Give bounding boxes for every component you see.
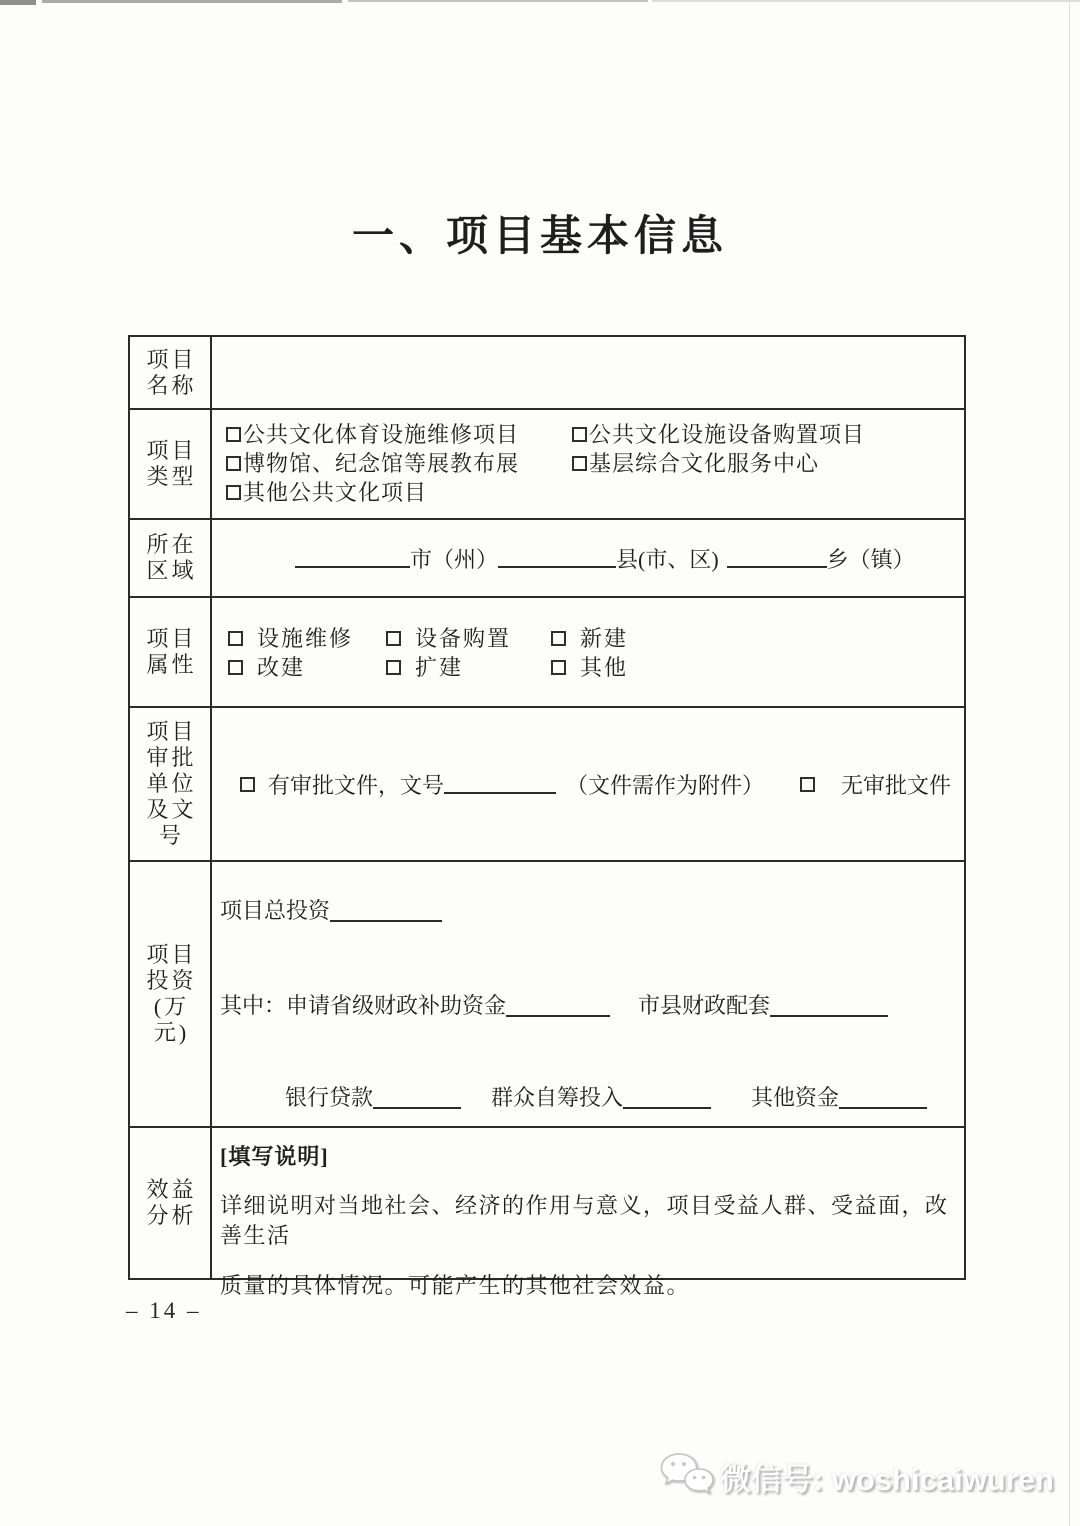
investment-total-line: 项目总投资 <box>220 896 964 926</box>
row-label-line: 项目 <box>143 626 196 652</box>
option-item: 新建 <box>551 624 628 653</box>
region-town-label: 乡（镇） <box>827 543 915 574</box>
blank-line <box>839 1089 927 1109</box>
approval-attachment-note: （文件需作为附件） <box>566 769 764 800</box>
option-item: 其他 <box>551 653 628 682</box>
investment-other-line: 银行贷款群众自筹投入其他资金 <box>220 1083 964 1113</box>
checkbox-icon <box>240 777 255 792</box>
row-label-benefit: 效益 分析 <box>130 1128 212 1278</box>
investment-total-label: 项目总投资 <box>220 898 330 923</box>
checkbox-icon <box>551 631 566 646</box>
blank-line <box>444 774 556 794</box>
investment-field: 项目总投资 其中：申请省级财政补助资金市县财政配套 银行贷款群众自筹投入其他资金 <box>212 862 964 1126</box>
option-label: 扩建 <box>415 653 463 682</box>
region-line: 市（州） 县(市、区) 乡（镇） <box>212 520 964 596</box>
option-item: 公共文化设施设备购置项目 <box>572 420 865 449</box>
blank-line <box>330 902 442 922</box>
row-label-line: 分析 <box>143 1203 196 1229</box>
option-label: 其他 <box>580 653 628 682</box>
row-label-line: 所在 <box>143 532 196 558</box>
region-field: 市（州） 县(市、区) 乡（镇） <box>212 520 964 596</box>
table-row-project-name: 项目 名称 <box>130 337 964 408</box>
investment-other-funds-label: 其他资金 <box>751 1085 839 1110</box>
table-row-investment: 项目 投资 (万 元) 项目总投资 其中：申请省级财政补助资金市县财政配套 银行… <box>130 860 964 1126</box>
option-item: 设施维修 <box>228 624 386 653</box>
option-item: 扩建 <box>386 653 551 682</box>
benefit-note-line: 质量的具体情况。可能产生的其他社会效益。 <box>220 1271 954 1301</box>
checkbox-icon <box>228 660 243 675</box>
approval-has-doc-label: 有审批文件，文号 <box>268 769 444 800</box>
row-label-line: 号 <box>156 823 184 849</box>
row-label-line: 项目 <box>143 719 196 745</box>
investment-detail-line: 其中：申请省级财政补助资金市县财政配套 <box>220 991 964 1021</box>
checkbox-icon <box>386 631 401 646</box>
blank-line <box>623 1089 711 1109</box>
approval-field: 有审批文件，文号 （文件需作为附件） 无审批文件 <box>212 708 964 860</box>
benefit-note-line: 详细说明对当地社会、经济的作用与意义，项目受益人群、受益面，改善生活 <box>220 1191 954 1251</box>
table-row-approval: 项目 审批 单位 及文 号 有审批文件，文号 （文件需作为附件） 无审批文件 <box>130 706 964 860</box>
option-label: 改建 <box>257 653 305 682</box>
checkbox-icon <box>386 660 401 675</box>
row-label-line: 项目 <box>143 347 196 373</box>
approval-line: 有审批文件，文号 （文件需作为附件） 无审批文件 <box>212 708 964 860</box>
row-label-line: 效益 <box>143 1177 196 1203</box>
page-number: – 14 – <box>126 1298 202 1324</box>
checkbox-icon <box>228 631 243 646</box>
option-item: 改建 <box>228 653 386 682</box>
attribute-options-grid: 设施维修 设备购置 新建 <box>212 598 964 682</box>
option-item: 设备购置 <box>386 624 551 653</box>
scan-artifact <box>348 0 648 2</box>
attribute-options: 设施维修 设备购置 新建 <box>212 598 964 706</box>
checkbox-icon <box>572 427 587 442</box>
checkbox-icon <box>572 456 587 471</box>
watermark-text: 微信号: woshicaiwuren <box>720 1454 1054 1499</box>
table-row-region: 所在 区域 市（州） 县(市、区) 乡（镇） <box>130 518 964 596</box>
investment-bank-loan-label: 银行贷款 <box>285 1085 373 1110</box>
scan-artifact <box>652 0 1080 2</box>
scan-artifact <box>0 0 36 5</box>
blank-line <box>770 997 888 1017</box>
option-label: 公共文化设施设备购置项目 <box>589 420 865 449</box>
project-info-table: 项目 名称 项目 类型 公共文化体育设施维修项目 博物馆、纪念馆等 <box>128 335 966 1280</box>
option-item: 其他公共文化项目 <box>226 478 964 507</box>
row-label-project-name: 项目 名称 <box>130 337 212 408</box>
row-label-investment: 项目 投资 (万 元) <box>130 862 212 1126</box>
project-type-options: 公共文化体育设施维修项目 博物馆、纪念馆等展教布展 其他公共文化项目 公共文化设… <box>212 410 964 518</box>
investment-lines: 项目总投资 其中：申请省级财政补助资金市县财政配套 银行贷款群众自筹投入其他资金 <box>212 862 964 1113</box>
row-label-approval: 项目 审批 单位 及文 号 <box>130 708 212 860</box>
table-row-benefit: 效益 分析 [填写说明] 详细说明对当地社会、经济的作用与意义，项目受益人群、受… <box>130 1126 964 1278</box>
row-label-line: 类型 <box>143 464 196 490</box>
option-label: 公共文化体育设施维修项目 <box>243 420 519 449</box>
row-label-line: 及文 <box>143 797 196 823</box>
type-options-right: 公共文化设施设备购置项目 基层综合文化服务中心 <box>572 420 865 478</box>
option-label: 新建 <box>580 624 628 653</box>
checkbox-icon <box>551 660 566 675</box>
option-label: 设施维修 <box>257 624 353 653</box>
row-label-line: 项目 <box>143 438 196 464</box>
row-label-line: 区域 <box>143 558 196 584</box>
blank-line <box>727 548 827 568</box>
project-name-field <box>212 337 964 408</box>
checkbox-icon <box>800 777 815 792</box>
region-city-label: 市（州） <box>410 543 498 574</box>
document-page: 一、项目基本信息 项目 名称 项目 类型 公共文化体育设施维修项目 <box>0 0 1080 1526</box>
blank-line <box>373 1089 461 1109</box>
blank-line <box>295 548 410 568</box>
checkbox-icon <box>226 427 241 442</box>
checkbox-icon <box>226 456 241 471</box>
row-label-line: 项目 <box>143 942 196 968</box>
benefit-note: [填写说明] 详细说明对当地社会、经济的作用与意义，项目受益人群、受益面，改善生… <box>212 1128 964 1301</box>
checkbox-icon <box>226 485 241 500</box>
attribute-row: 设施维修 设备购置 新建 <box>228 624 964 653</box>
investment-self-raised-label: 群众自筹投入 <box>491 1085 623 1110</box>
investment-detail-prefix: 其中：申请省级财政补助资金 <box>220 993 506 1018</box>
investment-city-match-label: 市县财政配套 <box>638 993 770 1018</box>
row-label-line: 审批 <box>143 745 196 771</box>
row-label-region: 所在 区域 <box>130 520 212 596</box>
row-label-line: (万 <box>151 994 189 1020</box>
row-label-line: 单位 <box>143 771 196 797</box>
row-label-line: 属性 <box>143 652 196 678</box>
blank-line <box>498 548 616 568</box>
attribute-row: 改建 扩建 其他 <box>228 653 964 682</box>
row-label-line: 元) <box>151 1020 189 1046</box>
row-label-line: 名称 <box>143 373 196 399</box>
option-label: 设备购置 <box>415 624 511 653</box>
blank-line <box>506 997 610 1017</box>
table-row-attribute: 项目 属性 设施维修 设备购置 <box>130 596 964 706</box>
scan-artifact <box>42 0 342 3</box>
option-label: 博物馆、纪念馆等展教布展 <box>243 449 519 478</box>
watermark: 微信号: woshicaiwuren <box>658 1450 1054 1502</box>
row-label-attribute: 项目 属性 <box>130 598 212 706</box>
benefit-field: [填写说明] 详细说明对当地社会、经济的作用与意义，项目受益人群、受益面，改善生… <box>212 1128 964 1278</box>
approval-no-doc-label: 无审批文件 <box>841 769 951 800</box>
page-title: 一、项目基本信息 <box>0 203 1080 263</box>
option-item: 基层综合文化服务中心 <box>572 449 865 478</box>
benefit-note-heading: [填写说明] <box>220 1140 954 1171</box>
region-county-label: 县(市、区) <box>616 543 719 574</box>
wechat-icon <box>658 1450 716 1502</box>
option-label: 其他公共文化项目 <box>243 478 427 507</box>
table-row-project-type: 项目 类型 公共文化体育设施维修项目 博物馆、纪念馆等展教布展 其他公共文化项 <box>130 408 964 518</box>
row-label-line: 投资 <box>143 968 196 994</box>
option-label: 基层综合文化服务中心 <box>589 449 819 478</box>
row-label-project-type: 项目 类型 <box>130 410 212 518</box>
